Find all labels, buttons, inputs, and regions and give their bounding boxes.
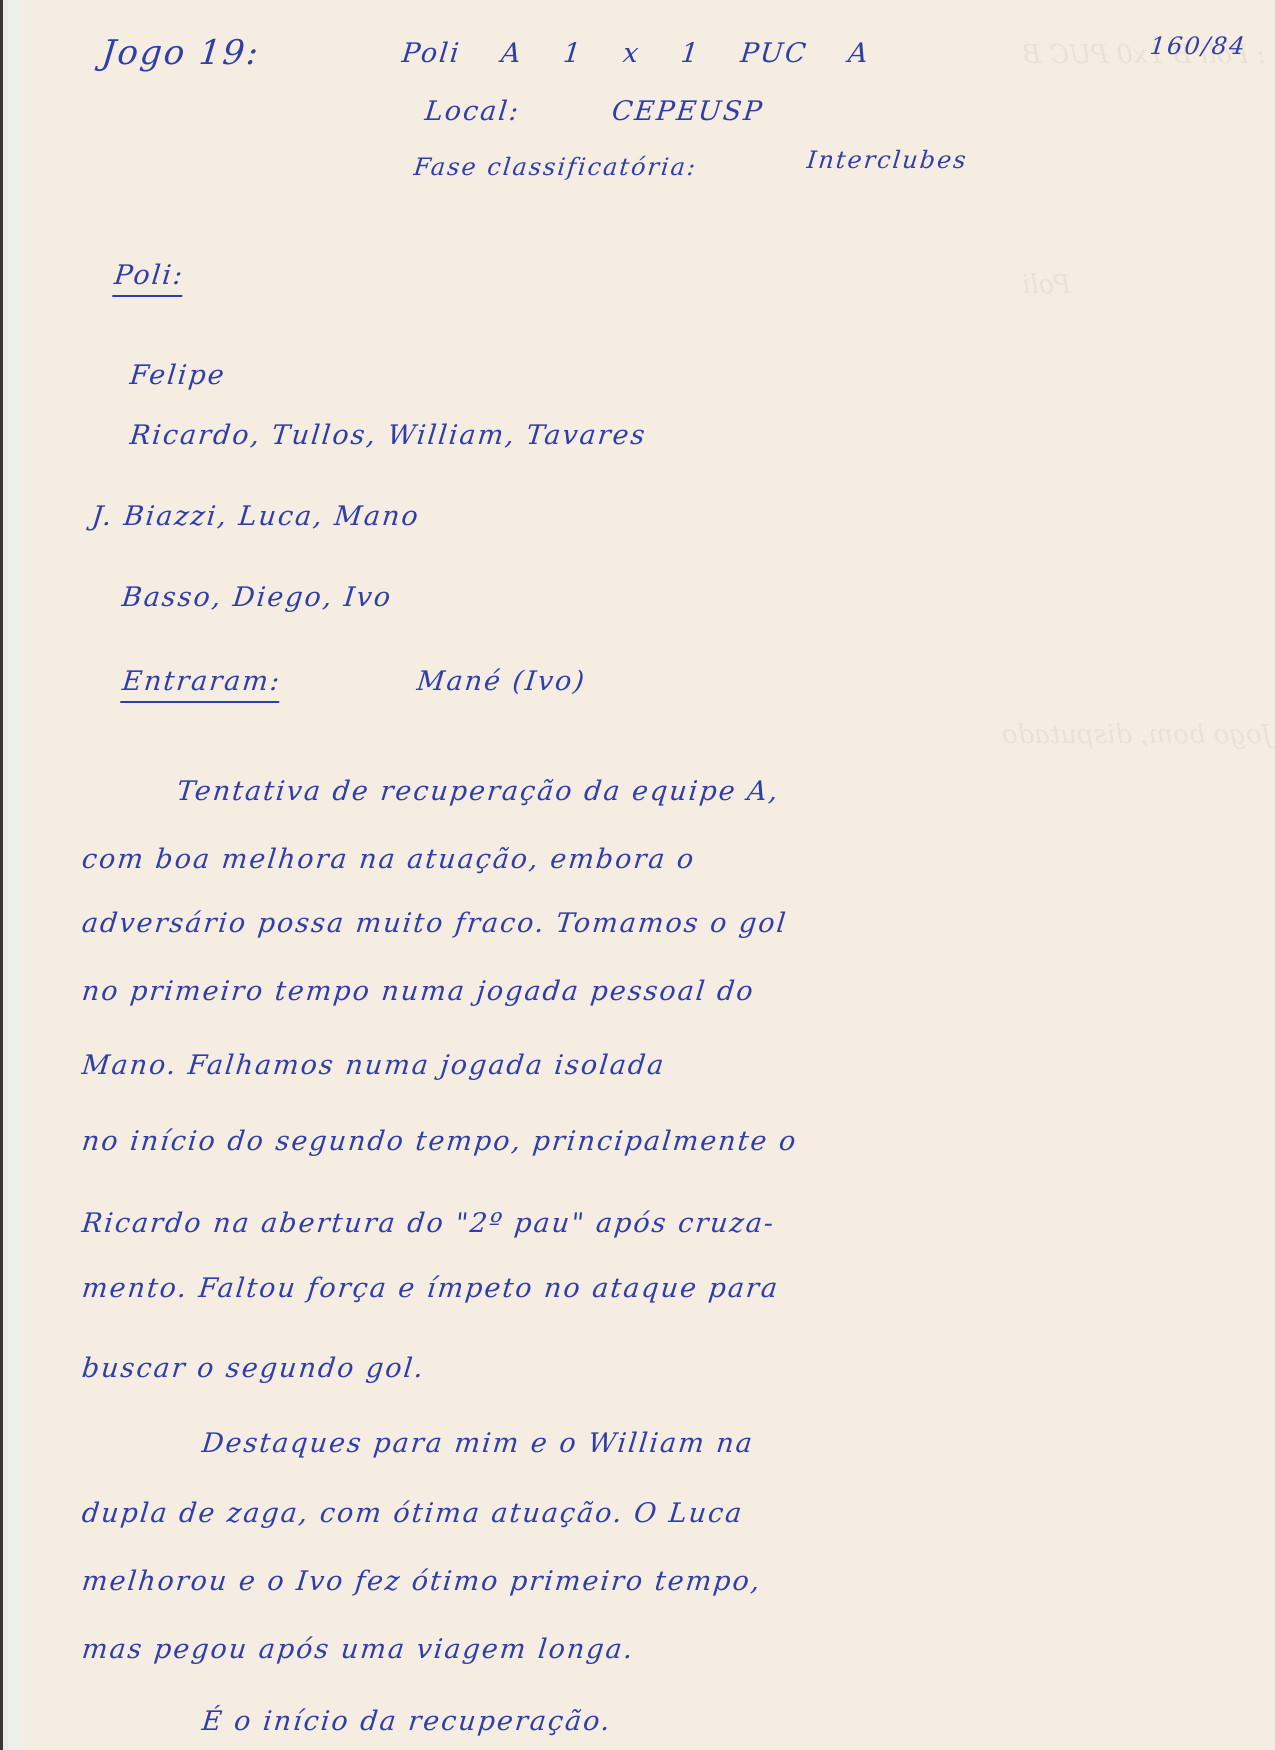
closing-line: É o início da recuperação. — [201, 1708, 613, 1735]
report-line: Tentativa de recuperação da equipe A, — [176, 778, 781, 805]
report-line: adversário possa muito fraco. Tomamos o … — [81, 910, 789, 937]
page-reference: 160/84 — [1149, 34, 1248, 58]
report-line: com boa melhora na atuação, embora o — [81, 846, 697, 873]
bleed-through-text: Jogo bom, disputado — [1002, 720, 1272, 750]
location-label: Local: — [424, 98, 522, 125]
scanner-margin — [8, 0, 22, 1750]
phase-value: Interclubes — [806, 148, 969, 172]
handwritten-page: Jogo 18 : Poli B 1x0 PUC B Poli Jogo bom… — [22, 0, 1275, 1750]
report-line: buscar o segundo gol. — [81, 1355, 427, 1382]
lineup-goalkeeper: Felipe — [129, 362, 228, 389]
lineup-midfield: J. Biazzi, Luca, Mano — [91, 503, 422, 530]
report-line: mento. Faltou força e ímpeto no ataque p… — [81, 1275, 781, 1302]
bleed-through-text: Poli — [1022, 270, 1071, 300]
report-line: no primeiro tempo numa jogada pessoal do — [81, 978, 757, 1005]
report-line: Mano. Falhamos numa jogada isolada — [81, 1052, 667, 1079]
game-title: Jogo 19: — [100, 36, 261, 70]
substitutions-label: Entraram: — [120, 668, 282, 703]
lineup-attack: Basso, Diego, Ivo — [121, 584, 394, 611]
team-heading: Poli: — [112, 262, 185, 297]
report-line: mas pegou após uma viagem longa. — [81, 1636, 636, 1663]
scanner-edge — [0, 0, 8, 1750]
substitutions-value: Mané (Ivo) — [416, 668, 588, 695]
phase-label: Fase classificatória: — [413, 155, 699, 179]
match-score: Poli A 1 x 1 PUC A — [401, 40, 872, 67]
report-line: no início do segundo tempo, principalmen… — [81, 1128, 799, 1155]
lineup-defense: Ricardo, Tullos, William, Tavares — [129, 422, 648, 449]
report-line: dupla de zaga, com ótima atuação. O Luca — [81, 1500, 745, 1527]
location-value: CEPEUSP — [611, 98, 766, 125]
report-line: melhorou e o Ivo fez ótimo primeiro temp… — [81, 1568, 763, 1595]
report-line: Ricardo na abertura do "2º pau" após cru… — [81, 1210, 777, 1237]
report-line: Destaques para mim e o William na — [201, 1430, 756, 1457]
